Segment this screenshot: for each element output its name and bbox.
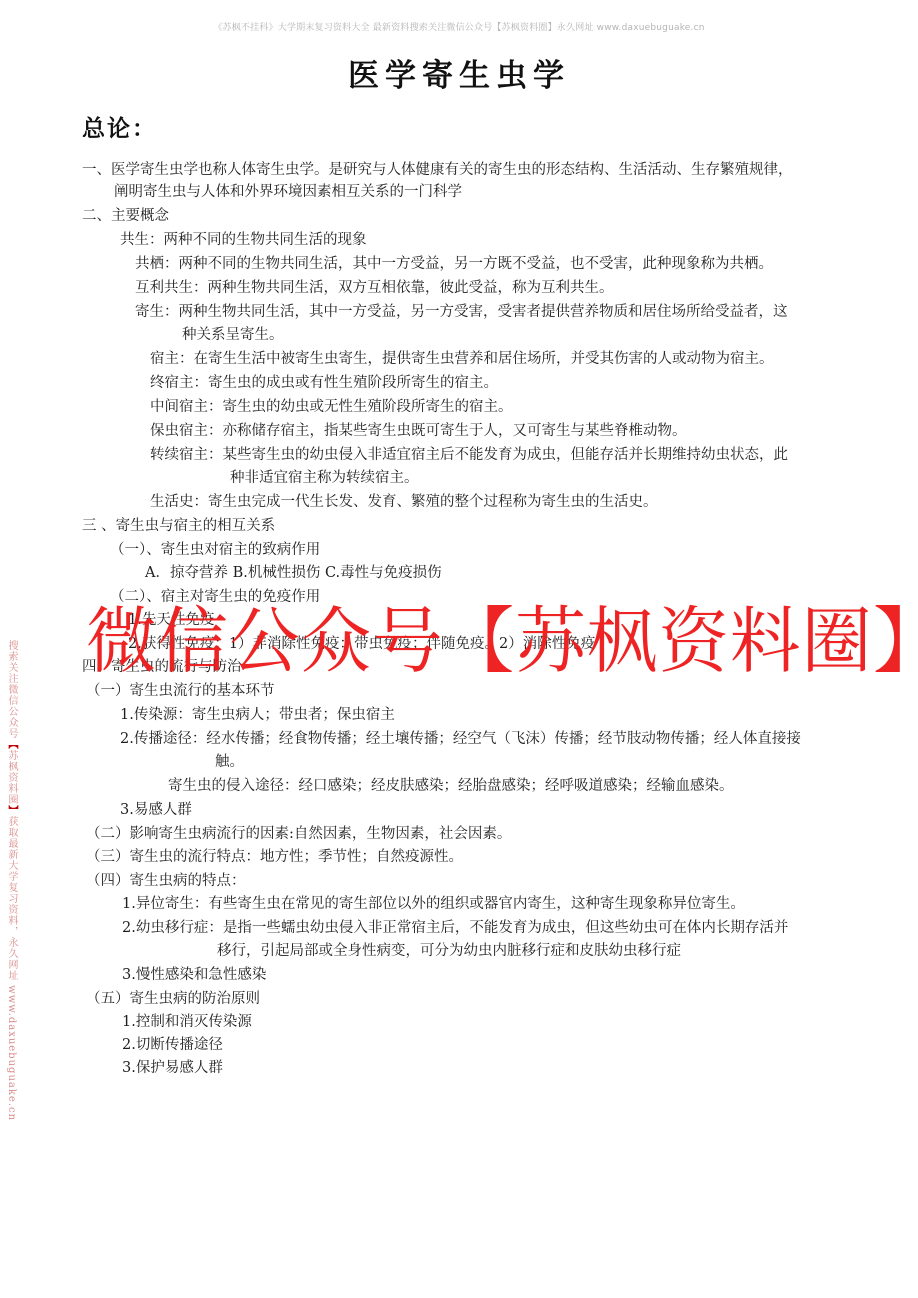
- text-line: 移行，引起局部或全身性病变，可分为幼虫内脏移行症和皮肤幼虫移行症: [217, 941, 681, 961]
- text-line: A．掠夺营养 B.机械性损伤 C.毒性与免疫损伤: [145, 563, 442, 583]
- text-line: 1.异位寄生：有些寄生虫在常见的寄生部位以外的组织或器官内寄生，这种寄生现象称异…: [122, 894, 745, 914]
- text-line: 寄生：两种生物共同生活，其中一方受益，另一方受害，受害者提供营养物质和居住场所给…: [135, 302, 788, 322]
- text-line: 共生：两种不同的生物共同生活的现象: [120, 230, 367, 250]
- header-banner: 《苏枫不挂科》大学期末复习资料大全 最新资料搜索关注微信公众号【苏枫资料圈】永久…: [0, 20, 918, 33]
- text-line: 种非适宜宿主称为转续宿主。: [230, 468, 419, 488]
- text-line: 2.幼虫移行症：是指一些蠕虫幼虫侵入非正常宿主后，不能发育为成虫，但这些幼虫可在…: [122, 918, 788, 938]
- sidebar-vertical-notice: 搜索关注微信公众号【苏枫资料圈】获取最新大学复习资料，永久网址 www.daxu…: [4, 640, 18, 1121]
- text-line: 转续宿主：某些寄生虫的幼虫侵入非适宜宿主后不能发育为成虫，但能存活并长期维持幼虫…: [150, 445, 788, 465]
- sidebar-text-1: 搜索关注微信公众号: [6, 640, 17, 739]
- document-title: 医学寄生虫学: [0, 50, 918, 95]
- sidebar-account-name: 苏枫资料圈: [6, 750, 17, 805]
- section-heading: 总论：: [82, 110, 157, 143]
- watermark-overlay: 微信公众号【苏枫资料圈】: [86, 596, 918, 686]
- text-line: 1.控制和消灭传染源: [122, 1012, 252, 1032]
- text-line: 互利共生：两种生物共同生活，双方互相依靠，彼此受益，称为互利共生。: [135, 278, 614, 298]
- text-line: 2.切断传播途径: [122, 1035, 223, 1055]
- text-line: 寄生虫的侵入途径：经口感染；经皮肤感染；经胎盘感染；经呼吸道感染；经输血感染。: [168, 776, 734, 796]
- sidebar-bracket-close: 】: [6, 805, 17, 816]
- text-line: 3.易感人群: [120, 800, 192, 820]
- text-line: 宿主：在寄生生活中被寄生虫寄生，提供寄生虫营养和居住场所，并受其伤害的人或动物为…: [150, 349, 774, 369]
- text-line: 种关系呈寄生。: [182, 325, 284, 345]
- text-line: 1.传染源：寄生虫病人；带虫者；保虫宿主: [120, 705, 395, 725]
- sidebar-bracket-open: 【: [6, 739, 17, 750]
- text-line: 触。: [215, 752, 244, 772]
- text-line: （二）影响寄生虫病流行的因素:自然因素，生物因素，社会因素。: [86, 824, 511, 844]
- text-line: 共栖：两种不同的生物共同生活，其中一方受益，另一方既不受益，也不受害，此种现象称…: [135, 254, 773, 274]
- text-line: 3.慢性感染和急性感染: [122, 965, 266, 985]
- text-line: （四）寄生虫病的特点：: [86, 871, 246, 891]
- text-line: 一、医学寄生虫学也称人体寄生虫学。是研究与人体健康有关的寄生虫的形态结构、生活活…: [82, 160, 793, 180]
- sidebar-text-2: 获取最新大学复习资料，永久网址 www.daxuebuguake.cn: [6, 816, 17, 1121]
- text-line: 中间宿主：寄生虫的幼虫或无性生殖阶段所寄生的宿主。: [150, 397, 513, 417]
- text-line: （三）寄生虫的流行特点：地方性；季节性；自然疫源性。: [86, 847, 463, 867]
- text-line: 终宿主：寄生虫的成虫或有性生殖阶段所寄生的宿主。: [150, 373, 498, 393]
- text-line: 阐明寄生虫与人体和外界环境因素相互关系的一门科学: [114, 182, 462, 202]
- text-line: 生活史：寄生虫完成一代生长发、发育、繁殖的整个过程称为寄生虫的生活史。: [150, 492, 658, 512]
- text-line: （一）、寄生虫对宿主的致病作用: [110, 540, 320, 560]
- text-line: 3.保护易感人群: [122, 1058, 223, 1078]
- text-line: 三 、寄生虫与宿主的相互关系: [82, 516, 275, 536]
- text-line: （五）寄生虫病的防治原则: [86, 989, 260, 1009]
- text-line: 2.传播途径：经水传播；经食物传播；经土壤传播；经空气（飞沫）传播；经节肢动物传…: [120, 729, 801, 749]
- text-line: 保虫宿主：亦称储存宿主，指某些寄生虫既可寄生于人，又可寄生与某些脊椎动物。: [150, 421, 687, 441]
- text-line: 二、主要概念: [82, 206, 169, 226]
